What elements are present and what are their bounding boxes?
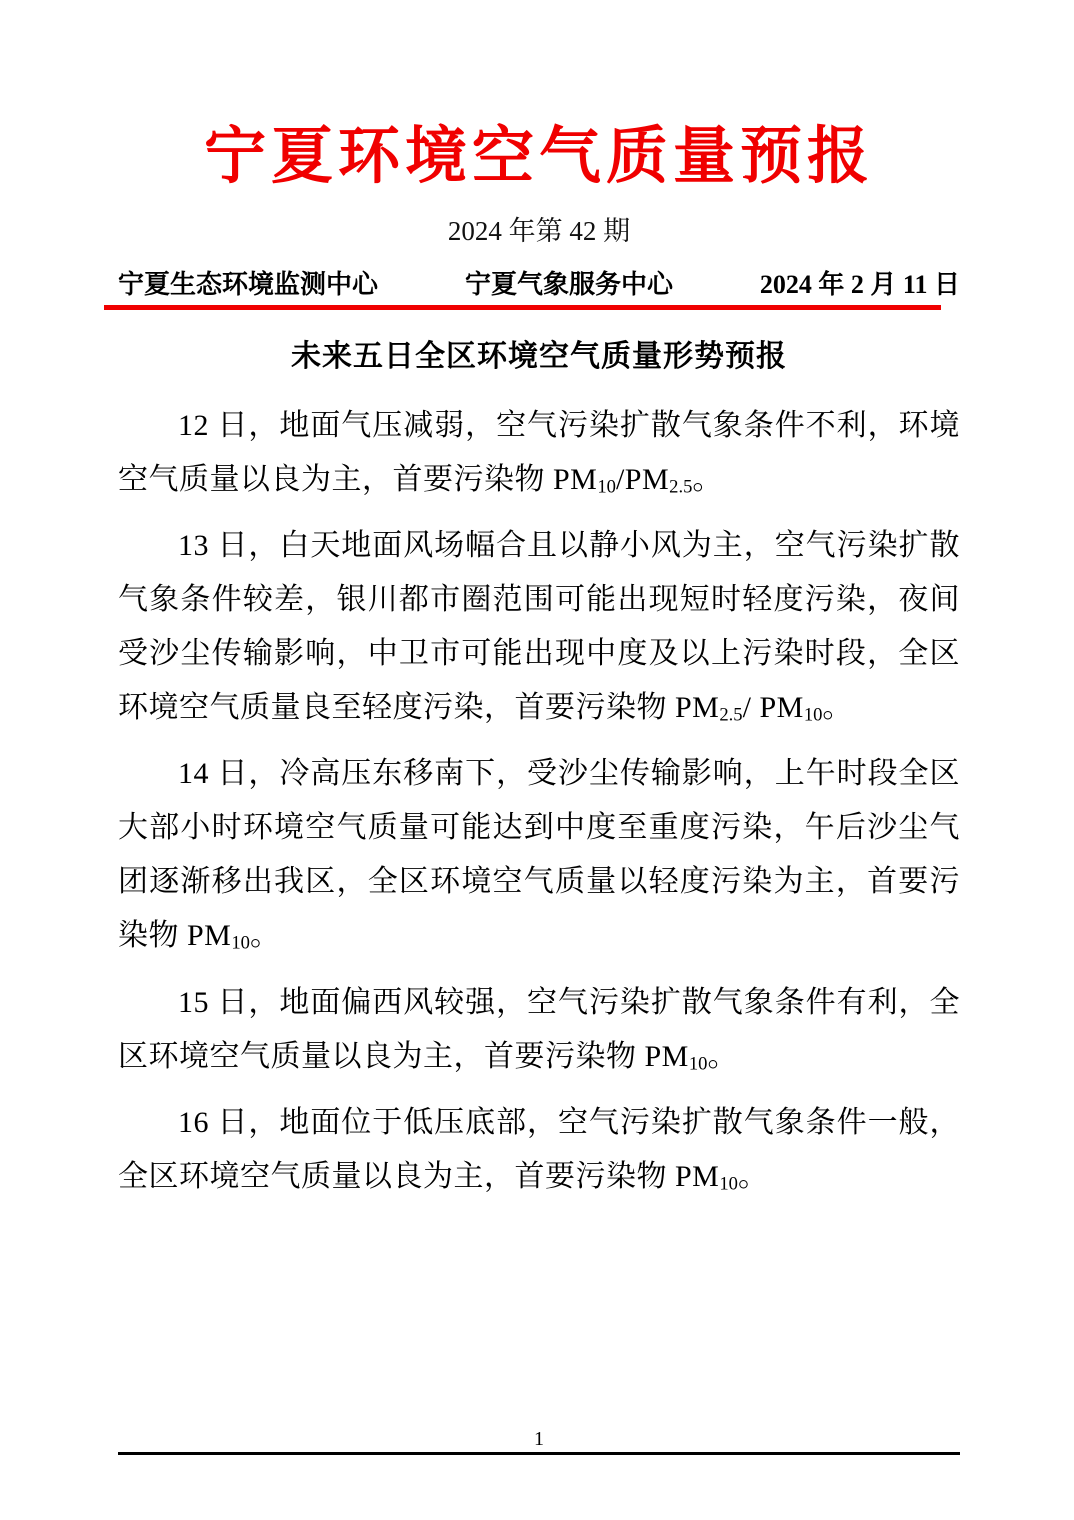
pm-subscript: 10	[597, 476, 616, 497]
forecast-paragraph: 16 日，地面位于低压底部，空气污染扩散气象条件一般，全区环境空气质量以良为主，…	[118, 1096, 960, 1211]
pm-subscript: 10	[231, 933, 250, 954]
issue-number: 2024 年第 42 期	[118, 215, 960, 247]
pm-subscript: 2.5	[719, 704, 742, 725]
pm-subscript: 10	[719, 1173, 738, 1194]
document-page: 宁夏环境空气质量预报 2024 年第 42 期 宁夏生态环境监测中心 宁夏气象服…	[0, 0, 1074, 1520]
section-title: 未来五日全区环境空气质量形势预报	[118, 340, 960, 373]
page-footer: 1	[118, 1426, 960, 1455]
forecast-paragraph: 13 日，白天地面风场幅合且以静小风为主，空气污染扩散气象条件较差，银川都市圈范…	[118, 519, 960, 742]
forecast-paragraph: 14 日，冷高压东移南下，受沙尘传输影响，上午时段全区大部小时环境空气质量可能达…	[118, 747, 960, 970]
pm-subscript: 10	[689, 1053, 708, 1074]
forecast-paragraph: 15 日，地面偏西风较强，空气污染扩散气象条件有利，全区环境空气质量以良为主，首…	[118, 976, 960, 1091]
issuer-header-row: 宁夏生态环境监测中心 宁夏气象服务中心 2024 年 2 月 11 日	[118, 270, 960, 300]
red-divider-rule	[104, 305, 941, 310]
issue-date: 2024 年 2 月 11 日	[760, 270, 960, 300]
page-number: 1	[534, 1428, 544, 1450]
forecast-paragraphs: 12 日，地面气压减弱，空气污染扩散气象条件不利，环境空气质量以良为主，首要污染…	[118, 399, 960, 1212]
issuer-org-left: 宁夏生态环境监测中心	[118, 270, 378, 300]
document-title: 宁夏环境空气质量预报	[118, 122, 960, 193]
issuer-org-center: 宁夏气象服务中心	[465, 270, 673, 300]
forecast-paragraph: 12 日，地面气压减弱，空气污染扩散气象条件不利，环境空气质量以良为主，首要污染…	[118, 399, 960, 514]
pm-subscript: 10	[804, 704, 823, 725]
document-content: 宁夏环境空气质量预报 2024 年第 42 期 宁夏生态环境监测中心 宁夏气象服…	[0, 122, 1074, 1211]
pm-subscript: 2.5	[669, 476, 692, 497]
